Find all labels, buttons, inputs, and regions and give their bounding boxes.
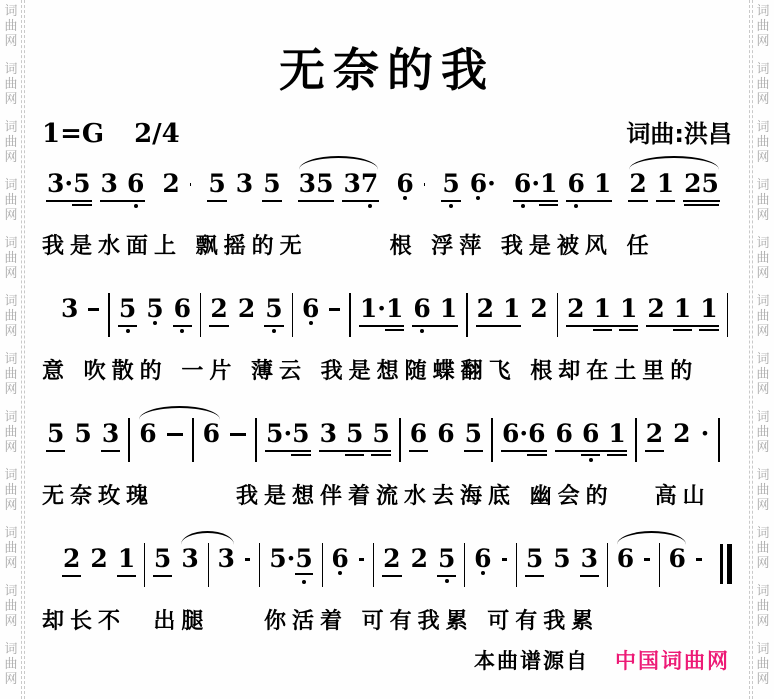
- watermark-char: 词: [756, 410, 769, 425]
- note: 6: [203, 421, 220, 447]
- watermark-char: 曲: [4, 251, 17, 266]
- note: 5: [47, 421, 64, 447]
- note: 3: [299, 171, 316, 197]
- duration-dash: [502, 558, 508, 561]
- right-dashed-rule: [749, 0, 753, 699]
- note-group: 6: [173, 296, 192, 327]
- note: 6: [410, 421, 427, 447]
- watermark-char: 网: [756, 498, 769, 513]
- note: 6: [514, 171, 531, 197]
- duration-dash: [190, 183, 191, 186]
- barline: [108, 293, 109, 337]
- note-group: 6: [330, 546, 349, 575]
- note-group: ·: [700, 421, 711, 450]
- note: 6: [502, 421, 519, 447]
- note: 5: [263, 171, 280, 197]
- note: 6: [669, 546, 686, 572]
- duration-dash: [424, 183, 425, 186]
- note: 2: [238, 296, 255, 322]
- watermark-text: 词曲网: [4, 4, 17, 49]
- note: 6: [470, 171, 487, 197]
- sixteenth-beam: [619, 329, 638, 331]
- watermark-char: 曲: [756, 251, 769, 266]
- note-group: 5: [207, 171, 226, 202]
- watermark-char: 曲: [4, 193, 17, 208]
- watermark-char: 曲: [756, 309, 769, 324]
- barline: [144, 543, 145, 587]
- watermark-char: 曲: [756, 19, 769, 34]
- source-footer: 本曲谱源自 中国词曲网: [474, 645, 730, 675]
- time-signature: 2/4: [134, 119, 180, 149]
- note: 1: [620, 296, 637, 322]
- watermark-char: 网: [4, 382, 17, 397]
- watermark-text: 词曲网: [4, 584, 17, 629]
- note-group: 3: [60, 296, 79, 325]
- barline: [659, 543, 660, 587]
- note: 1: [360, 296, 377, 322]
- note-group: 2: [237, 296, 256, 325]
- barline: [607, 543, 608, 587]
- note-group: 35: [298, 171, 335, 202]
- watermark-char: 网: [756, 614, 769, 629]
- low-octave-dot: [403, 196, 407, 200]
- watermark-char: 曲: [756, 541, 769, 556]
- note-group: 1: [656, 171, 675, 202]
- note: 2: [646, 421, 663, 447]
- watermark-char: 网: [4, 150, 17, 165]
- barline: [516, 543, 517, 587]
- watermark-char: 网: [756, 556, 769, 571]
- watermark-char: 曲: [756, 425, 769, 440]
- watermark-char: 词: [756, 526, 769, 541]
- note: 5: [553, 546, 570, 572]
- note-group: 5: [46, 421, 65, 452]
- note-group: 6: [409, 421, 428, 452]
- watermark-char: 网: [4, 672, 17, 687]
- note-group: 36: [100, 171, 146, 202]
- note: 6: [567, 171, 584, 197]
- note: 1: [386, 296, 403, 322]
- note-group: 2: [161, 171, 180, 200]
- barline: [322, 543, 323, 587]
- watermark-char: 网: [756, 266, 769, 281]
- low-octave-dot: [521, 204, 525, 208]
- music-line: 553665·53556656·666122·无奈玫瑰 我是想伴着流水去海底 幽…: [42, 421, 732, 510]
- note: 5: [526, 546, 543, 572]
- note: 2: [530, 296, 547, 322]
- note-group: 2: [410, 546, 429, 575]
- note: ·: [487, 171, 496, 197]
- watermark-char: 词: [756, 178, 769, 193]
- note: 1: [608, 421, 625, 447]
- note-group: 661: [555, 421, 627, 452]
- note-group: 1·1: [359, 296, 405, 327]
- note: 1: [594, 296, 611, 322]
- note: 6: [139, 421, 156, 447]
- note: 2: [162, 171, 179, 197]
- note-group: 6: [301, 296, 320, 325]
- watermark-char: 曲: [4, 599, 17, 614]
- note-group: 2: [628, 171, 647, 202]
- notes-row: 355622561·161212211211: [42, 296, 732, 342]
- score-header: 1=G 2/4 词曲:洪昌: [42, 114, 732, 149]
- lyrics-line: 无奈玫瑰 我是想伴着流水去海底 幽会的 高山: [42, 479, 732, 510]
- note: 1: [594, 171, 611, 197]
- barline: [259, 543, 260, 587]
- note: 5: [295, 546, 312, 575]
- watermark-char: 网: [4, 324, 17, 339]
- key-signature: 1=G: [42, 119, 104, 149]
- watermark-char: 网: [4, 556, 17, 571]
- note: 3: [47, 171, 64, 197]
- note: 5: [146, 296, 163, 322]
- watermark-char: 曲: [4, 541, 17, 556]
- watermark-char: 曲: [4, 367, 17, 382]
- watermark-char: 曲: [4, 19, 17, 34]
- note: 1: [674, 296, 691, 322]
- note-group: 5: [264, 296, 283, 327]
- note: 2: [673, 421, 690, 447]
- watermark-char: 词: [4, 468, 17, 483]
- watermark-char: 网: [4, 440, 17, 455]
- watermark-text: 词曲网: [756, 468, 769, 513]
- sixteenth-beam: [539, 204, 558, 206]
- barline: [727, 293, 728, 337]
- note: 2: [684, 171, 701, 197]
- note: 2: [210, 296, 227, 322]
- note: 5: [266, 421, 283, 447]
- music-line: 355622561·161212211211意 吹散的 一片 薄云 我是想随蝶翻…: [42, 296, 732, 385]
- note-group: 211: [646, 296, 718, 327]
- watermark-char: 网: [4, 498, 17, 513]
- score-content: 无奈的我 1=G 2/4 词曲:洪昌 3·53625353537656·6·16…: [42, 0, 732, 699]
- watermark-char: 网: [4, 614, 17, 629]
- note-group: 6: [473, 546, 492, 575]
- note-group: 3: [580, 546, 599, 577]
- note: 6: [528, 421, 545, 447]
- watermark-char: 曲: [756, 135, 769, 150]
- note: ·: [377, 296, 386, 322]
- music-line: 3·53625353537656·6·1612125我是水面上 飘摇的无 根 浮…: [42, 171, 732, 260]
- watermark-char: 曲: [756, 657, 769, 672]
- sixteenth-beam: [593, 329, 612, 331]
- lyrics-line: 我是水面上 飘摇的无 根 浮萍 我是被风 任: [42, 229, 732, 260]
- sixteenth-beam: [385, 329, 404, 331]
- barline: [128, 418, 130, 462]
- note: 3: [61, 296, 78, 322]
- low-octave-dot: [272, 329, 276, 333]
- watermark-char: 网: [756, 208, 769, 223]
- low-octave-dot: [449, 204, 453, 208]
- watermark-text: 词曲网: [4, 178, 17, 223]
- watermark-char: 曲: [756, 483, 769, 498]
- watermark-text: 词曲网: [756, 642, 769, 687]
- barline: [491, 418, 493, 462]
- key-and-meter: 1=G 2/4: [42, 119, 180, 149]
- note: 6: [556, 421, 573, 447]
- watermark-text: 词曲网: [756, 352, 769, 397]
- note: 6: [437, 421, 454, 447]
- note: 5: [265, 296, 282, 322]
- notes-row: 553665·53556656·666122·: [42, 421, 732, 467]
- watermark-text: 词曲网: [4, 352, 17, 397]
- note: 1: [503, 296, 520, 322]
- watermark-text: 词曲网: [756, 178, 769, 223]
- low-octave-dot: [574, 204, 578, 208]
- barline: [208, 543, 209, 587]
- note-group: 3: [101, 421, 120, 452]
- note: 3: [236, 171, 253, 197]
- note-group: 6·: [469, 171, 497, 200]
- sixteenth-beam: [699, 329, 718, 331]
- note: 6: [331, 546, 348, 572]
- note: 5: [438, 546, 455, 572]
- watermark-char: 词: [4, 642, 17, 657]
- note: ·: [64, 171, 73, 197]
- note: 3: [101, 171, 118, 197]
- note: 1: [700, 296, 717, 322]
- duration-dash: [696, 558, 702, 561]
- sixteenth-beam: [72, 204, 91, 206]
- note-group: 1: [117, 546, 136, 577]
- note-group: 3·5: [46, 171, 92, 202]
- note: ·: [531, 171, 540, 197]
- note-group: 37: [342, 171, 379, 202]
- note-group: 2: [672, 421, 691, 450]
- duration-dash: [644, 558, 650, 561]
- barline: [192, 418, 194, 462]
- watermark-char: 词: [756, 120, 769, 135]
- watermark-char: 词: [4, 4, 17, 19]
- watermark-char: 词: [4, 352, 17, 367]
- left-dashed-rule: [21, 0, 25, 699]
- watermark-text: 词曲网: [756, 410, 769, 455]
- low-octave-dot: [309, 321, 313, 325]
- note: 5: [702, 171, 719, 197]
- note: 6: [174, 296, 191, 322]
- note-group: 5: [73, 421, 92, 450]
- note-group: 5: [525, 546, 544, 577]
- watermark-char: 网: [4, 34, 17, 49]
- barline: [557, 293, 558, 337]
- watermark-char: 词: [756, 294, 769, 309]
- note: 5: [346, 421, 363, 447]
- low-octave-dot: [481, 571, 485, 575]
- note: 6: [396, 171, 413, 197]
- note-group: 3: [216, 546, 235, 575]
- note: 6: [474, 546, 491, 572]
- composer-credit: 词曲:洪昌: [626, 114, 732, 149]
- watermark-char: 曲: [756, 367, 769, 382]
- duration-dash: [167, 433, 183, 436]
- spacer: [707, 546, 716, 547]
- note: 3: [343, 171, 360, 197]
- barline: [464, 543, 465, 587]
- watermark-text: 词曲网: [4, 468, 17, 513]
- watermark-char: 网: [756, 34, 769, 49]
- watermark-text: 词曲网: [756, 62, 769, 107]
- music-line: 2215335·56225655366却长不 出腿 你活着 可有我累 可有我累: [42, 546, 732, 635]
- low-octave-dot: [180, 329, 184, 333]
- low-octave-dot: [153, 321, 157, 325]
- watermark-char: 曲: [756, 193, 769, 208]
- low-octave-dot: [589, 458, 593, 462]
- note-group: 5: [262, 171, 281, 202]
- note: 3: [217, 546, 234, 572]
- low-octave-dot: [368, 204, 372, 208]
- watermark-char: 曲: [4, 135, 17, 150]
- note-group: 3: [235, 171, 254, 200]
- duration-dash: [230, 433, 246, 436]
- score: 3·53625353537656·6·1612125我是水面上 飘摇的无 根 浮…: [42, 171, 732, 635]
- note-group: 2: [209, 296, 228, 327]
- watermark-text: 词曲网: [4, 410, 17, 455]
- note: ·: [287, 546, 296, 572]
- barline: [635, 418, 637, 462]
- watermark-char: 词: [4, 294, 17, 309]
- note: 5: [119, 296, 136, 322]
- watermark-char: 曲: [4, 483, 17, 498]
- barline: [200, 293, 201, 337]
- note-group: 6·6: [501, 421, 547, 452]
- note-group: 6: [138, 421, 157, 450]
- note: 5: [372, 421, 389, 447]
- watermark-char: 网: [756, 672, 769, 687]
- note: 3: [581, 546, 598, 572]
- song-title: 无奈的我: [42, 34, 732, 100]
- barline: [466, 293, 467, 337]
- note-group: 6: [202, 421, 221, 450]
- note-group: 6: [436, 421, 455, 450]
- barline: [292, 293, 293, 337]
- watermark-char: 词: [756, 4, 769, 19]
- note: 2: [90, 546, 107, 572]
- note: 1: [657, 171, 674, 197]
- note: 5: [154, 546, 171, 572]
- low-octave-dot: [134, 204, 138, 208]
- note: 2: [63, 546, 80, 572]
- sixteenth-beam: [673, 329, 692, 331]
- lyrics-line: 却长不 出腿 你活着 可有我累 可有我累: [42, 604, 732, 635]
- note-group: 61: [412, 296, 458, 327]
- note-group: 5: [464, 421, 483, 452]
- note-group: 3: [180, 546, 199, 575]
- duration-dash: [359, 558, 365, 561]
- watermark-text: 词曲网: [756, 526, 769, 571]
- watermark-char: 网: [4, 266, 17, 281]
- note: 3: [181, 546, 198, 572]
- note-group: 6: [616, 546, 635, 575]
- note-group: 2: [645, 421, 664, 452]
- note-group: 2: [529, 296, 548, 325]
- watermark-char: 曲: [4, 657, 17, 672]
- final-barline: [720, 544, 732, 584]
- sixteenth-beam: [581, 454, 600, 456]
- duration-dash: [88, 308, 99, 311]
- note: 6: [127, 171, 144, 197]
- note: ·: [519, 421, 528, 447]
- note-group: 5: [118, 296, 137, 327]
- watermark-column-right: 词曲网词曲网词曲网词曲网词曲网词曲网词曲网词曲网词曲网词曲网词曲网词曲网: [755, 4, 771, 699]
- watermark-text: 词曲网: [4, 642, 17, 687]
- watermark-char: 网: [756, 92, 769, 107]
- watermark-char: 词: [4, 584, 17, 599]
- barline: [255, 418, 257, 462]
- note: 3: [320, 421, 337, 447]
- note: 5: [74, 421, 91, 447]
- sixteenth-beam: [607, 454, 626, 456]
- watermark-char: 词: [4, 178, 17, 193]
- barline: [399, 418, 401, 462]
- low-octave-dot: [476, 196, 480, 200]
- watermark-char: 词: [756, 468, 769, 483]
- duration-dash: [329, 308, 340, 311]
- note-group: 5: [441, 171, 460, 202]
- watermark-char: 网: [756, 440, 769, 455]
- note-group: 6·1: [513, 171, 559, 202]
- duration-dash: [245, 558, 251, 561]
- note: 1: [118, 546, 135, 572]
- watermark-text: 词曲网: [4, 62, 17, 107]
- note-group: 61: [566, 171, 612, 202]
- note-group: 211: [566, 296, 638, 327]
- note: 7: [361, 171, 378, 197]
- barline: [373, 543, 374, 587]
- watermark-text: 词曲网: [756, 236, 769, 281]
- note-group: 5: [153, 546, 172, 577]
- notes-row: 3·53625353537656·6·1612125: [42, 171, 732, 217]
- note: 1: [440, 296, 457, 322]
- note: ·: [701, 421, 710, 447]
- note: 5: [442, 171, 459, 197]
- low-octave-dot: [126, 329, 130, 333]
- note: 2: [567, 296, 584, 322]
- watermark-char: 网: [756, 382, 769, 397]
- note-group: 5: [145, 296, 164, 325]
- watermark-char: 词: [756, 584, 769, 599]
- watermark-char: 词: [4, 410, 17, 425]
- note-group: 6: [395, 171, 414, 200]
- watermark-text: 词曲网: [4, 294, 17, 339]
- note: 6: [617, 546, 634, 572]
- watermark-text: 词曲网: [4, 120, 17, 165]
- note-group: 25: [683, 171, 720, 202]
- watermark-char: 词: [756, 62, 769, 77]
- note: 5: [316, 171, 333, 197]
- watermark-text: 词曲网: [756, 4, 769, 49]
- note-group: 21: [476, 296, 522, 327]
- note-group: 2: [382, 546, 401, 577]
- watermark-char: 网: [4, 208, 17, 223]
- watermark-char: 词: [4, 236, 17, 251]
- source-label: 本曲谱源自: [474, 645, 589, 675]
- sixteenth-beam: [371, 454, 390, 456]
- low-octave-dot: [420, 329, 424, 333]
- note: ·: [283, 421, 292, 447]
- note-group: 355: [319, 421, 391, 452]
- note: 2: [629, 171, 646, 197]
- note: 2: [411, 546, 428, 572]
- watermark-char: 曲: [4, 309, 17, 324]
- low-octave-dot: [302, 580, 306, 584]
- note: 3: [102, 421, 119, 447]
- watermark-char: 词: [4, 120, 17, 135]
- note: 6: [582, 421, 599, 447]
- watermark-char: 词: [756, 352, 769, 367]
- note: 2: [383, 546, 400, 572]
- watermark-char: 词: [4, 62, 17, 77]
- watermark-char: 曲: [4, 425, 17, 440]
